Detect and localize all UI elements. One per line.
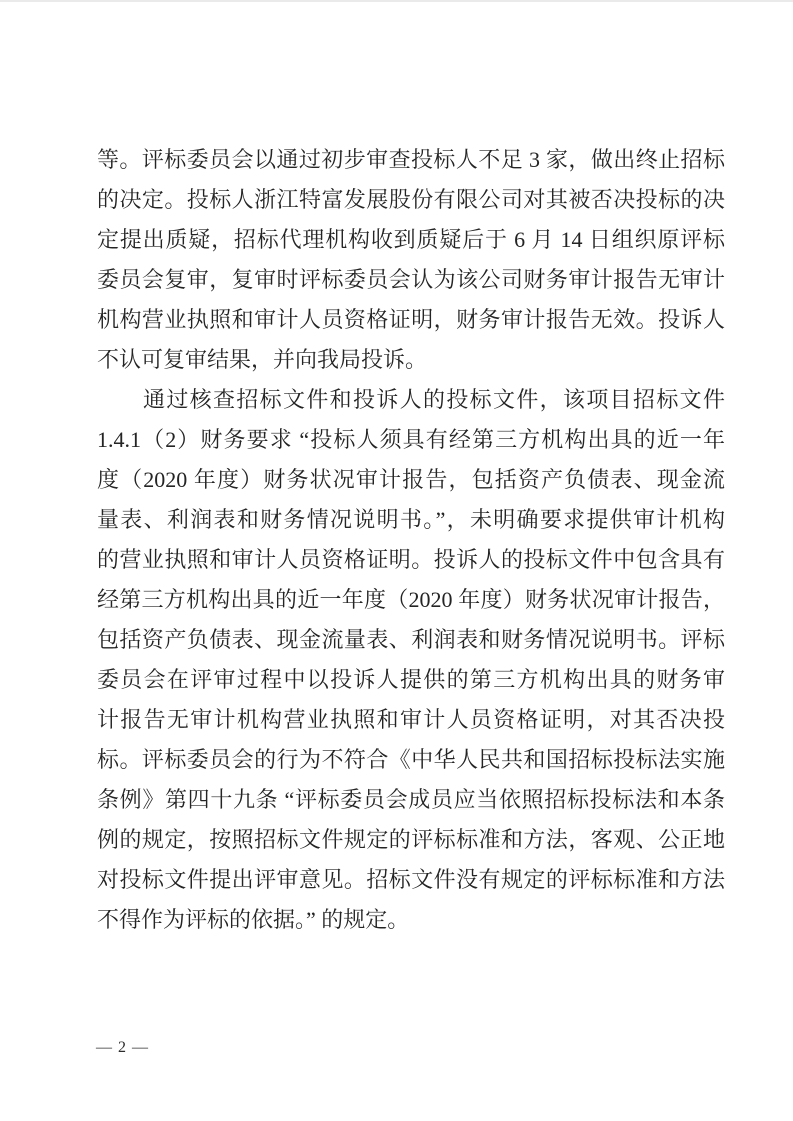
text-line: 不得作为评标的依据。” 的规定。 <box>97 900 725 940</box>
text-line: 经第三方机构出具的近一年度（2020 年度）财务状况审计报告， <box>97 580 725 620</box>
text-line: 机构营业执照和审计人员资格证明，财务审计报告无效。投诉人 <box>97 300 725 340</box>
text-line: 的决定。投标人浙江特富发展股份有限公司对其被否决投标的决 <box>97 180 725 220</box>
text-line: 度（2020 年度）财务状况审计报告，包括资产负债表、现金流 <box>97 460 725 500</box>
text-line: 对投标文件提出评审意见。招标文件没有规定的评标标准和方法 <box>97 860 725 900</box>
text-line: 通过核查招标文件和投诉人的投标文件，该项目招标文件 <box>97 380 725 420</box>
text-line: 计报告无审计机构营业执照和审计人员资格证明，对其否决投 <box>97 700 725 740</box>
text-line: 定提出质疑，招标代理机构收到质疑后于 6 月 14 日组织原评标 <box>97 220 725 260</box>
text-line: 例的规定，按照招标文件规定的评标标准和方法，客观、公正地 <box>97 820 725 860</box>
text-line: 委员会在评审过程中以投诉人提供的第三方机构出具的财务审 <box>97 660 725 700</box>
text-line: 1.4.1（2）财务要求 “投标人须具有经第三方机构出具的近一年 <box>97 420 725 460</box>
text-line: 不认可复审结果，并向我局投诉。 <box>97 340 725 380</box>
text-line: 等。评标委员会以通过初步审查投标人不足 3 家，做出终止招标 <box>97 140 725 180</box>
document-page: 等。评标委员会以通过初步审查投标人不足 3 家，做出终止招标的决定。投标人浙江特… <box>0 0 793 1121</box>
document-body: 等。评标委员会以通过初步审查投标人不足 3 家，做出终止招标的决定。投标人浙江特… <box>97 140 725 940</box>
text-line: 条例》第四十九条 “评标委员会成员应当依照招标投标法和本条 <box>97 780 725 820</box>
scan-edge <box>0 0 793 2</box>
text-line: 包括资产负债表、现金流量表、利润表和财务情况说明书。评标 <box>97 620 725 660</box>
text-line: 标。评标委员会的行为不符合《中华人民共和国招标投标法实施 <box>97 740 725 780</box>
text-line: 的营业执照和审计人员资格证明。投诉人的投标文件中包含具有 <box>97 540 725 580</box>
text-line: 量表、利润表和财务情况说明书。”，未明确要求提供审计机构 <box>97 500 725 540</box>
text-line: 委员会复审，复审时评标委员会认为该公司财务审计报告无审计 <box>97 260 725 300</box>
page-number: — 2 — <box>96 1036 149 1060</box>
